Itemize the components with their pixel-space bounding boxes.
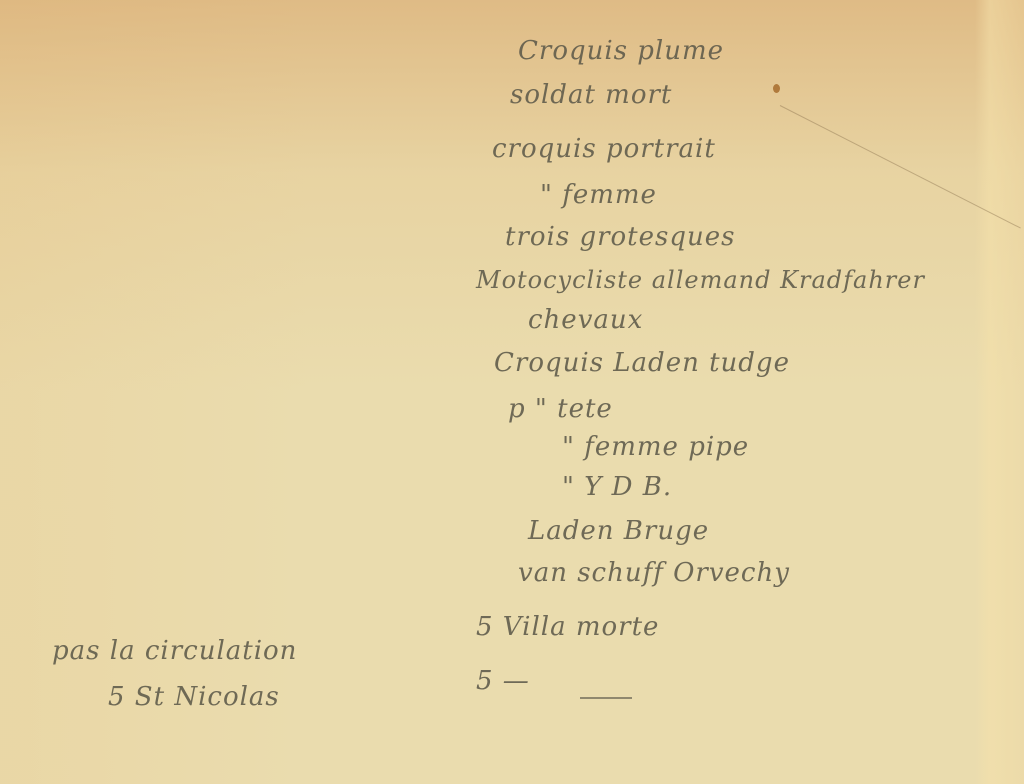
list-item: " Y D B. <box>562 472 672 502</box>
list-item: " femme pipe <box>562 432 749 462</box>
paper-edge-band <box>975 0 1024 784</box>
ink-stain <box>773 84 780 93</box>
list-item: croquis portrait <box>492 134 716 164</box>
list-item: p " tete <box>508 394 613 424</box>
list-item: van schuff Orvechy <box>518 558 790 588</box>
margin-note-line: 5 St Nicolas <box>108 682 280 712</box>
list-item: 5 Villa morte <box>476 612 659 642</box>
list-item: Croquis plume <box>518 36 724 66</box>
list-item: " femme <box>540 180 657 210</box>
underline-dash <box>580 697 632 699</box>
margin-note-line: pas la circulation <box>52 636 297 666</box>
list-item: 5 — <box>476 666 530 696</box>
list-item: Croquis Laden tudge <box>494 348 790 378</box>
list-item: soldat mort <box>510 80 672 110</box>
list-item: Laden Bruge <box>528 516 709 546</box>
list-item: Motocycliste allemand Kradfahrer <box>476 266 925 294</box>
list-item: trois grotesques <box>505 222 735 252</box>
list-item: chevaux <box>528 305 643 335</box>
